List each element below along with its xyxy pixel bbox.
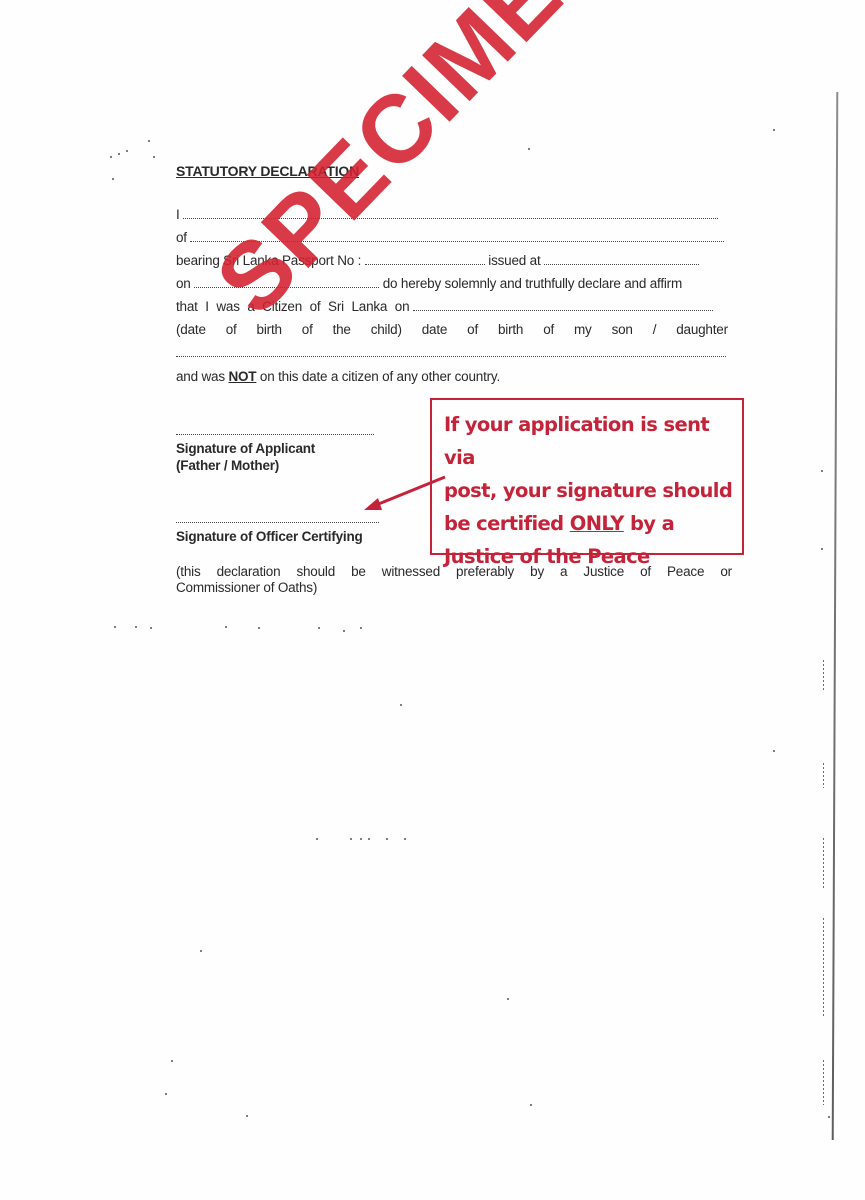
word: child): [371, 322, 402, 338]
scan-speck: [150, 627, 152, 629]
scan-speck: [200, 950, 202, 952]
scan-speck: [404, 838, 406, 840]
callout-line: post, your signature should: [444, 474, 742, 507]
officer-signature-label: Signature of Officer Certifying: [176, 529, 363, 545]
scan-speck: [386, 838, 388, 840]
word: (this: [176, 564, 201, 580]
applicant-signature-sublabel: (Father / Mother): [176, 458, 279, 474]
scan-speck: [343, 630, 345, 632]
callout-emphasis-only: ONLY: [570, 512, 624, 535]
scan-speck: [360, 627, 362, 629]
callout-text-part: be certified: [444, 512, 570, 535]
scan-speck: [528, 148, 530, 150]
page-edge-line: [832, 92, 839, 1140]
callout-text-part: by a: [624, 512, 674, 535]
word: witnessed: [382, 564, 440, 580]
line-label: issued at: [488, 253, 540, 268]
scan-speck: [165, 1093, 167, 1095]
word: should: [296, 564, 335, 580]
word: date: [422, 322, 447, 338]
officer-signature-blank[interactable]: [176, 522, 379, 523]
date-of-birth-blank-line: [176, 345, 728, 361]
line-label: of: [176, 230, 187, 245]
word: daughter: [676, 322, 728, 338]
word: /: [653, 322, 657, 338]
line-text: and was: [176, 369, 225, 384]
scan-edge-mark: [823, 918, 824, 1018]
callout-text: If your application is sent via post, yo…: [444, 408, 742, 573]
scan-speck: [153, 156, 155, 158]
word: declaration: [217, 564, 281, 580]
scan-speck: [530, 1104, 532, 1106]
word: of: [302, 322, 313, 338]
scan-edge-mark: [823, 838, 824, 888]
scan-speck: [110, 156, 112, 158]
scan-speck: [368, 838, 370, 840]
word: be: [351, 564, 366, 580]
scan-speck: [773, 750, 775, 752]
passport-number-blank[interactable]: [365, 253, 485, 265]
word: of: [543, 322, 554, 338]
scan-speck: [350, 838, 352, 840]
word: (date: [176, 322, 206, 338]
scan-speck: [821, 548, 823, 550]
emphasis-not: NOT: [228, 369, 256, 384]
callout-line: be certified ONLY by a: [444, 507, 742, 540]
callout-box: If your application is sent via post, yo…: [430, 398, 744, 555]
applicant-signature-label: Signature of Applicant: [176, 441, 315, 457]
scanned-page: STATUTORY DECLARATION I of bearing Sri L…: [0, 0, 865, 1200]
scan-edge-mark: [823, 763, 824, 788]
scan-speck: [246, 1115, 248, 1117]
scan-speck: [773, 129, 775, 131]
scan-edge-mark: [823, 660, 824, 690]
scan-speck: [225, 626, 227, 628]
word: of: [226, 322, 237, 338]
scan-speck: [400, 704, 402, 706]
scan-speck: [828, 1116, 830, 1118]
callout-line: Justice of the Peace: [444, 540, 742, 573]
issued-at-blank[interactable]: [544, 253, 699, 265]
dob-blank[interactable]: [176, 345, 726, 357]
word: the: [333, 322, 351, 338]
line-label: on: [176, 276, 191, 291]
line-label: I: [176, 207, 180, 222]
not-citizen-line: and was NOT on this date a citizen of an…: [176, 369, 728, 385]
scan-speck: [318, 627, 320, 629]
scan-speck: [112, 178, 114, 180]
word: of: [467, 322, 478, 338]
scan-speck: [316, 838, 318, 840]
scan-speck: [360, 838, 362, 840]
scan-speck: [114, 626, 116, 628]
line-text: do hereby solemnly and truthfully declar…: [383, 276, 682, 291]
word: son: [612, 322, 633, 338]
word: birth: [498, 322, 523, 338]
scan-speck: [171, 1060, 173, 1062]
scan-speck: [135, 626, 137, 628]
arrow-icon: [0, 0, 865, 1200]
word: my: [574, 322, 592, 338]
date-of-birth-line: (dateofbirthofthechild)dateofbirthofmyso…: [176, 322, 728, 338]
witness-note-line2: Commissioner of Oaths): [176, 580, 732, 596]
scan-speck: [118, 153, 120, 155]
scan-edge-mark: [823, 1060, 824, 1105]
line-text: on this date a citizen of any other coun…: [260, 369, 500, 384]
scan-speck: [821, 470, 823, 472]
scan-speck: [126, 150, 128, 152]
scan-speck: [258, 627, 260, 629]
callout-line: If your application is sent via: [444, 408, 742, 474]
applicant-signature-blank[interactable]: [176, 434, 374, 435]
citizen-date-blank[interactable]: [413, 299, 713, 311]
scan-speck: [507, 998, 509, 1000]
scan-speck: [148, 140, 150, 142]
